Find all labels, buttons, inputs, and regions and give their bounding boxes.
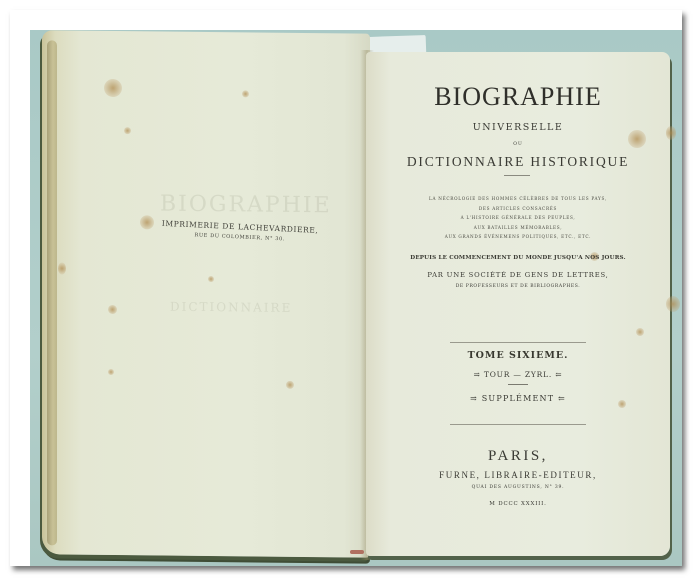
publication-date: M DCCC XXXIII. bbox=[366, 501, 670, 507]
divider bbox=[504, 175, 530, 176]
scope-line: DEPUIS LE COMMENCEMENT DU MONDE JUSQU'A … bbox=[366, 255, 670, 261]
foxing-stain bbox=[636, 328, 644, 336]
foxing-stain bbox=[108, 369, 114, 375]
left-page: BIOGRAPHIE DICTIONNAIRE IMPRIMERIE DE LA… bbox=[42, 30, 370, 557]
foxing-stain bbox=[124, 127, 131, 134]
publication-city: PARIS, bbox=[366, 448, 670, 465]
book-subtitle: UNIVERSELLE bbox=[366, 122, 670, 133]
book-title: BIOGRAPHIE bbox=[366, 82, 670, 112]
authors-line: PAR UNE SOCIÉTÉ DE GENS DE LETTRES, bbox=[366, 271, 670, 279]
supplement-label: ⥤ SUPPLÉMENT ⥢ bbox=[366, 394, 670, 403]
foxing-stain bbox=[208, 276, 214, 282]
description-line: AUX GRANDS ÉVÉNEMENS POLITIQUES, ETC., E… bbox=[366, 232, 670, 242]
description-line: LA NÉCROLOGIE DES HOMMES CÉLÈBRES DE TOU… bbox=[366, 194, 670, 204]
description-line: AUX BATAILLES MÉMORABLES, bbox=[366, 223, 670, 233]
publisher: FURNE, LIBRAIRE-EDITEUR, bbox=[366, 470, 670, 480]
publisher-address: QUAI DES AUGUSTINS, N° 39. bbox=[366, 485, 670, 490]
printer-imprint: IMPRIMERIE DE LACHEVARDIERE, RUE DU COLO… bbox=[140, 218, 341, 245]
foxing-stain bbox=[140, 215, 154, 229]
title-connector: OU bbox=[366, 142, 670, 147]
divider bbox=[450, 342, 586, 343]
page-edges bbox=[47, 40, 57, 545]
description-line: DES ARTICLES CONSACRÉS bbox=[366, 204, 670, 214]
bleed-through-title: BIOGRAPHIE bbox=[160, 192, 332, 219]
book-alt-title: DICTIONNAIRE HISTORIQUE bbox=[366, 154, 670, 170]
photo-frame: BIOGRAPHIE DICTIONNAIRE IMPRIMERIE DE LA… bbox=[10, 10, 682, 566]
foxing-stain bbox=[666, 296, 680, 312]
book-description: LA NÉCROLOGIE DES HOMMES CÉLÈBRES DE TOU… bbox=[366, 194, 670, 242]
foxing-stain bbox=[58, 262, 66, 274]
foxing-stain bbox=[286, 381, 294, 389]
foxing-stain bbox=[108, 305, 117, 314]
authors-subline: DE PROFESSEURS ET DE BIBLIOGRAPHES. bbox=[366, 284, 670, 289]
volume-range: ⥤ TOUR — ZYRL. ⥢ bbox=[366, 370, 670, 379]
divider bbox=[450, 424, 586, 425]
foxing-stain bbox=[104, 79, 122, 97]
page-edge-mark bbox=[350, 550, 364, 554]
description-line: A L'HISTOIRE GÉNÉRALE DES PEUPLES, bbox=[366, 213, 670, 223]
volume-number: TOME SIXIEME. bbox=[366, 350, 670, 361]
bleed-through-subtitle: DICTIONNAIRE bbox=[170, 300, 292, 315]
book-photo: BIOGRAPHIE DICTIONNAIRE IMPRIMERIE DE LA… bbox=[30, 30, 682, 566]
foxing-stain bbox=[242, 90, 249, 97]
divider bbox=[508, 384, 528, 385]
